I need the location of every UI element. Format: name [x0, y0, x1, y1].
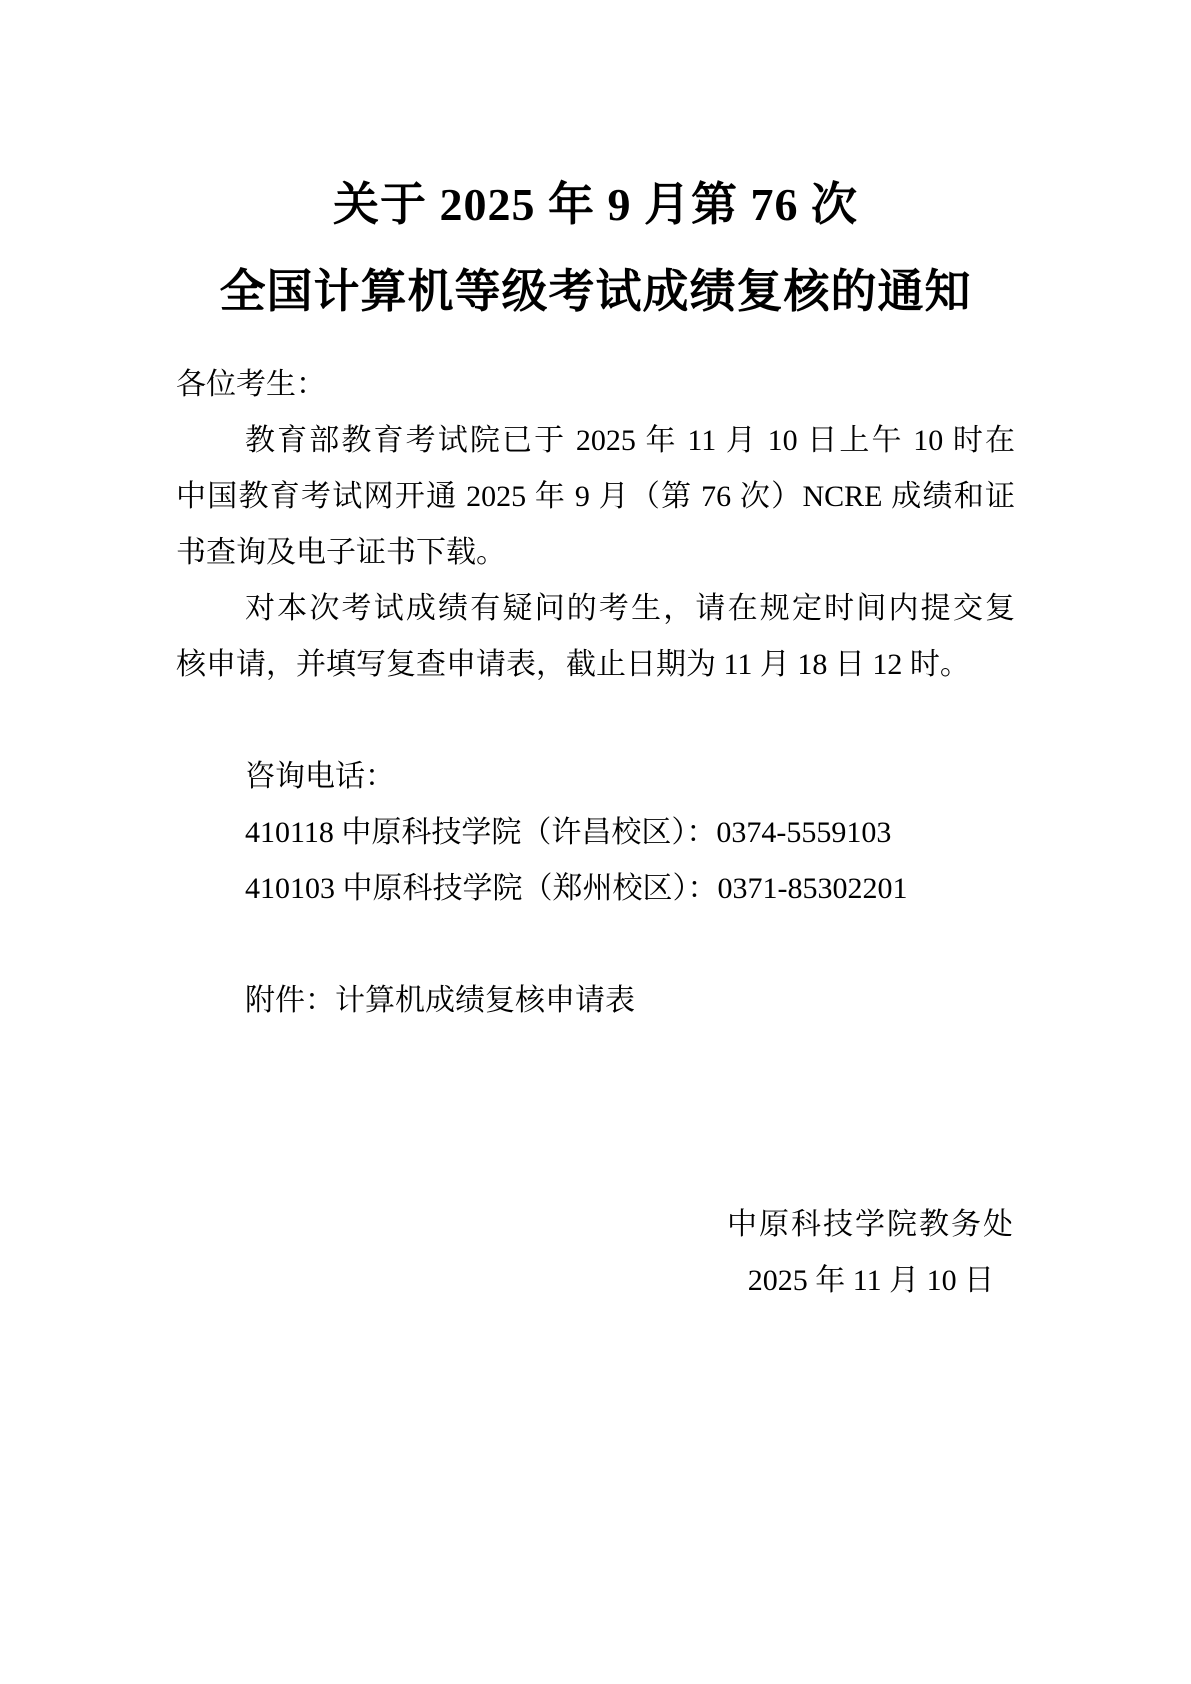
- notice-page: 关于 2025 年 9 月第 76 次 全国计算机等级考试成绩复核的通知 各位考…: [0, 0, 1191, 1684]
- paragraph1-line-1: 教育部教育考试院已于 2025 年 11 月 10 日上午 10 时在: [176, 413, 1015, 469]
- notice-content: 关于 2025 年 9 月第 76 次 全国计算机等级考试成绩复核的通知 各位考…: [0, 0, 1191, 1309]
- notice-body: 各位考生： 教育部教育考试院已于 2025 年 11 月 10 日上午 10 时…: [176, 357, 1015, 1309]
- contact-entry-zhengzhou: 410103 中原科技学院（郑州校区）：0371-85302201: [176, 861, 1015, 917]
- attachment-note: 附件：计算机成绩复核申请表: [176, 973, 1015, 1029]
- paragraph1-line-3: 书查询及电子证书下载。: [176, 525, 1015, 581]
- page-title-line-2: 全国计算机等级考试成绩复核的通知: [176, 228, 1015, 315]
- paragraph2-line-1: 对本次考试成绩有疑问的考生，请在规定时间内提交复: [176, 581, 1015, 637]
- spacer: [176, 917, 1015, 973]
- spacer: [176, 693, 1015, 749]
- paragraph2-line-2: 核申请，并填写复查申请表，截止日期为 11 月 18 日 12 时。: [176, 637, 1015, 693]
- contact-heading: 咨询电话：: [176, 749, 1015, 805]
- signoff-organization: 中原科技学院教务处: [727, 1197, 1015, 1253]
- contact-entry-xuchang: 410118 中原科技学院（许昌校区）：0374-5559103: [176, 805, 1015, 861]
- signoff-date: 2025 年 11 月 10 日: [727, 1253, 1015, 1309]
- signoff-block: 中原科技学院教务处 2025 年 11 月 10 日: [727, 1197, 1015, 1309]
- paragraph1-line-2: 中国教育考试网开通 2025 年 9 月（第 76 次）NCRE 成绩和证: [176, 469, 1015, 525]
- salutation: 各位考生：: [176, 357, 1015, 413]
- page-title-line-1: 关于 2025 年 9 月第 76 次: [176, 0, 1015, 228]
